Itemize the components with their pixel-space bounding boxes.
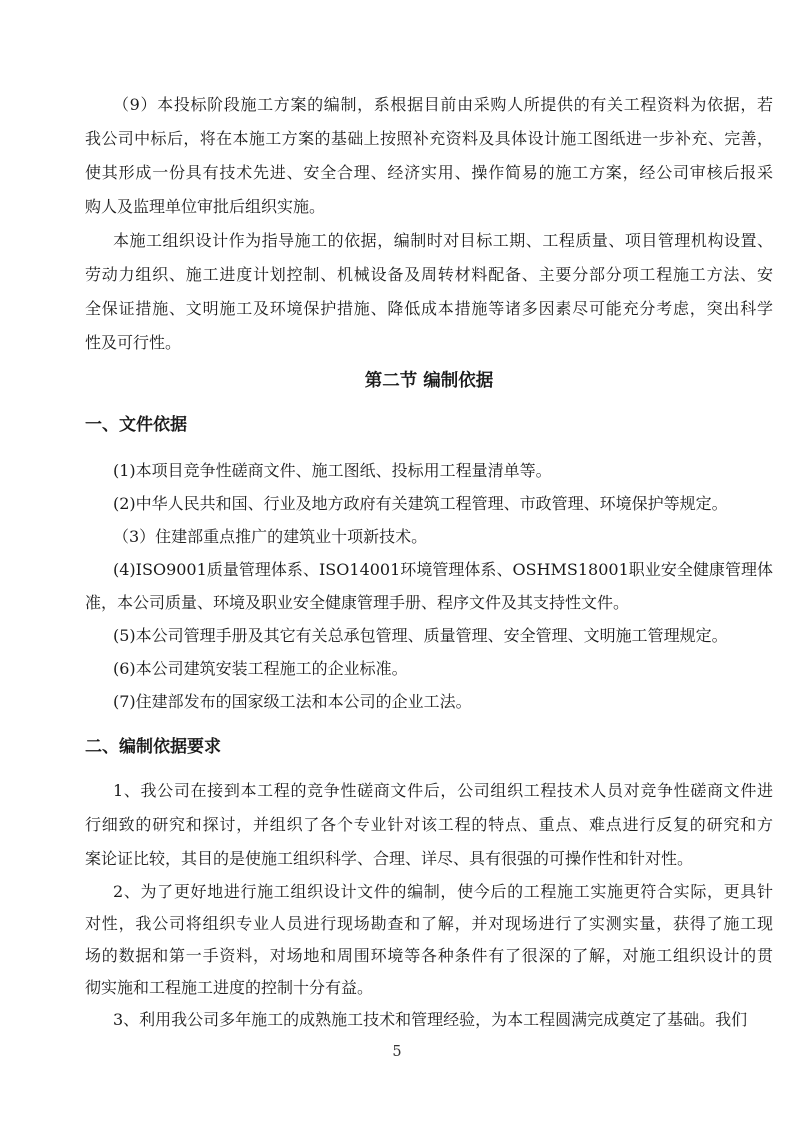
text-line: 场的数据和第一手资料，对场地和周围环境等各种条件有了很深的了解，对施工组织设计的…: [85, 940, 773, 972]
list-item: (2)中华人民共和国、行业及地方政府有关建筑工程管理、市政管理、环境保护等规定。: [85, 487, 773, 520]
text-line: （3）住建部重点推广的建筑业十项新技术。: [85, 520, 773, 553]
heading-sub: 一、文件依据: [85, 410, 773, 440]
page-number: 5: [0, 1042, 794, 1062]
text-line: 购人及监理单位审批后组织实施。: [85, 190, 773, 224]
list-item: (4)ISO9001质量管理体系、ISO14001环境管理体系、OSHMS180…: [85, 553, 773, 619]
text-line: 我公司中标后，将在本施工方案的基础上按照补充资料及具体设计施工图纸进一步补充、完…: [85, 122, 773, 156]
text-line: 准，本公司质量、环境及职业安全健康管理手册、程序文件及其支持性文件。: [85, 586, 773, 619]
text-line: 行细致的研究和探讨，并组织了各个专业针对该工程的特点、重点、难点进行反复的研究和…: [85, 808, 773, 842]
text-line: (6)本公司建筑安装工程施工的企业标准。: [85, 652, 773, 685]
text-line: 性及可行性。: [85, 326, 773, 360]
document-body: （9）本投标阶段施工方案的编制，系根据目前由采购人所提供的有关工程资料为依据，若…: [85, 88, 773, 1036]
text-line: （9）本投标阶段施工方案的编制，系根据目前由采购人所提供的有关工程资料为依据，若: [85, 88, 773, 122]
text-line: 劳动力组织、施工进度计划控制、机械设备及周转材料配备、主要分部分项工程施工方法、…: [85, 258, 773, 292]
para: 本施工组织设计作为指导施工的依据，编制时对目标工期、工程质量、项目管理机构设置、…: [85, 224, 773, 360]
text-line: 3、利用我公司多年施工的成熟施工技术和管理经验，为本工程圆满完成奠定了基础。我们: [85, 1004, 773, 1036]
para-tight: 2、为了更好地进行施工组织设计文件的编制，使今后的工程施工实施更符合实际，更具针…: [85, 876, 773, 1004]
text-line: (2)中华人民共和国、行业及地方政府有关建筑工程管理、市政管理、环境保护等规定。: [85, 487, 773, 520]
list-item: (5)本公司管理手册及其它有关总承包管理、质量管理、安全管理、文明施工管理规定。: [85, 619, 773, 652]
list-item: (1)本项目竞争性磋商文件、施工图纸、投标用工程量清单等。: [85, 454, 773, 487]
heading-sub: 二、编制依据要求: [85, 732, 773, 762]
para: （9）本投标阶段施工方案的编制，系根据目前由采购人所提供的有关工程资料为依据，若…: [85, 88, 773, 224]
document-page: （9）本投标阶段施工方案的编制，系根据目前由采购人所提供的有关工程资料为依据，若…: [0, 0, 794, 1122]
text-line: (4)ISO9001质量管理体系、ISO14001环境管理体系、OSHMS180…: [85, 553, 773, 586]
list-item: (7)住建部发布的国家级工法和本公司的企业工法。: [85, 685, 773, 718]
para: 1、我公司在接到本工程的竞争性磋商文件后，公司组织工程技术人员对竞争性磋商文件进…: [85, 774, 773, 876]
text-line: 案论证比较，其目的是使施工组织科学、合理、详尽、具有很强的可操作性和针对性。: [85, 842, 773, 876]
heading-center: 第二节 编制依据: [85, 366, 773, 396]
list-item: (6)本公司建筑安装工程施工的企业标准。: [85, 652, 773, 685]
text-line: (7)住建部发布的国家级工法和本公司的企业工法。: [85, 685, 773, 718]
text-line: 本施工组织设计作为指导施工的依据，编制时对目标工期、工程质量、项目管理机构设置、: [85, 224, 773, 258]
text-line: 全保证措施、文明施工及环境保护措施、降低成本措施等诸多因素尽可能充分考虑，突出科…: [85, 292, 773, 326]
text-line: 对性，我公司将组织专业人员进行现场勘查和了解，并对现场进行了实测实量，获得了施工…: [85, 908, 773, 940]
text-line: (5)本公司管理手册及其它有关总承包管理、质量管理、安全管理、文明施工管理规定。: [85, 619, 773, 652]
text-line: 彻实施和工程施工进度的控制十分有益。: [85, 972, 773, 1004]
text-line: (1)本项目竞争性磋商文件、施工图纸、投标用工程量清单等。: [85, 454, 773, 487]
para-tight: 3、利用我公司多年施工的成熟施工技术和管理经验，为本工程圆满完成奠定了基础。我们: [85, 1004, 773, 1036]
list-item: （3）住建部重点推广的建筑业十项新技术。: [85, 520, 773, 553]
text-line: 使其形成一份具有技术先进、安全合理、经济实用、操作简易的施工方案，经公司审核后报…: [85, 156, 773, 190]
text-line: 1、我公司在接到本工程的竞争性磋商文件后，公司组织工程技术人员对竞争性磋商文件进: [85, 774, 773, 808]
text-line: 2、为了更好地进行施工组织设计文件的编制，使今后的工程施工实施更符合实际，更具针: [85, 876, 773, 908]
